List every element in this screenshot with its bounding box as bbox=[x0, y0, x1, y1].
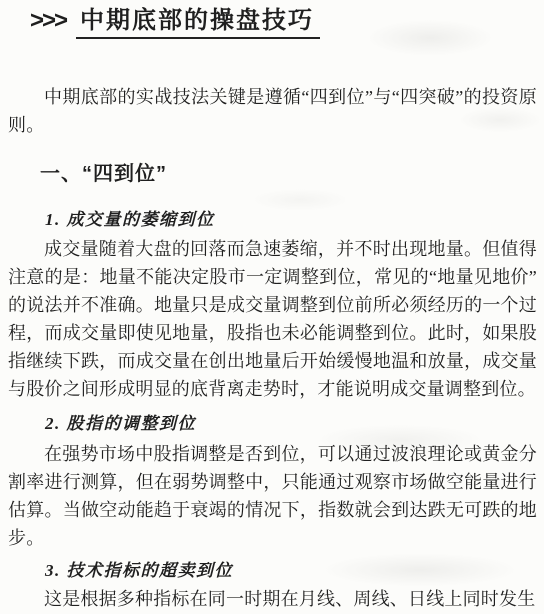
paragraph-index-adjust: 在强势市场中股指调整是否到位，可以通过波浪理论或黄金分割率进行测算，但在弱势调整… bbox=[8, 440, 537, 552]
chapter-header: >>>中期底部的操盘技巧 bbox=[30, 8, 537, 39]
paragraph-volume-shrink: 成交量随着大盘的回落而急速萎缩，并不时出现地量。但值得注意的是：地量不能决定股市… bbox=[8, 235, 537, 403]
chevrons-marker-icon: >>> bbox=[30, 7, 66, 34]
book-page: >>>中期底部的操盘技巧 中期底部的实战技法关键是遵循“四到位”与“四突破”的投… bbox=[0, 0, 544, 614]
chapter-title: 中期底部的操盘技巧 bbox=[76, 8, 320, 39]
sub-heading-3: 3. 技术指标的超卖到位 bbox=[45, 558, 537, 584]
section-heading: 一、“四到位” bbox=[40, 161, 537, 187]
sub-heading-1: 1. 成交量的萎缩到位 bbox=[45, 207, 537, 233]
sub-heading-2: 2. 股指的调整到位 bbox=[45, 411, 537, 437]
paragraph-oversold-indicator: 这是根据多种指标在同一时期在月线、周线、日线上同时发生 bbox=[8, 585, 537, 613]
intro-paragraph: 中期底部的实战技法关键是遵循“四到位”与“四突破”的投资原则。 bbox=[8, 83, 537, 139]
